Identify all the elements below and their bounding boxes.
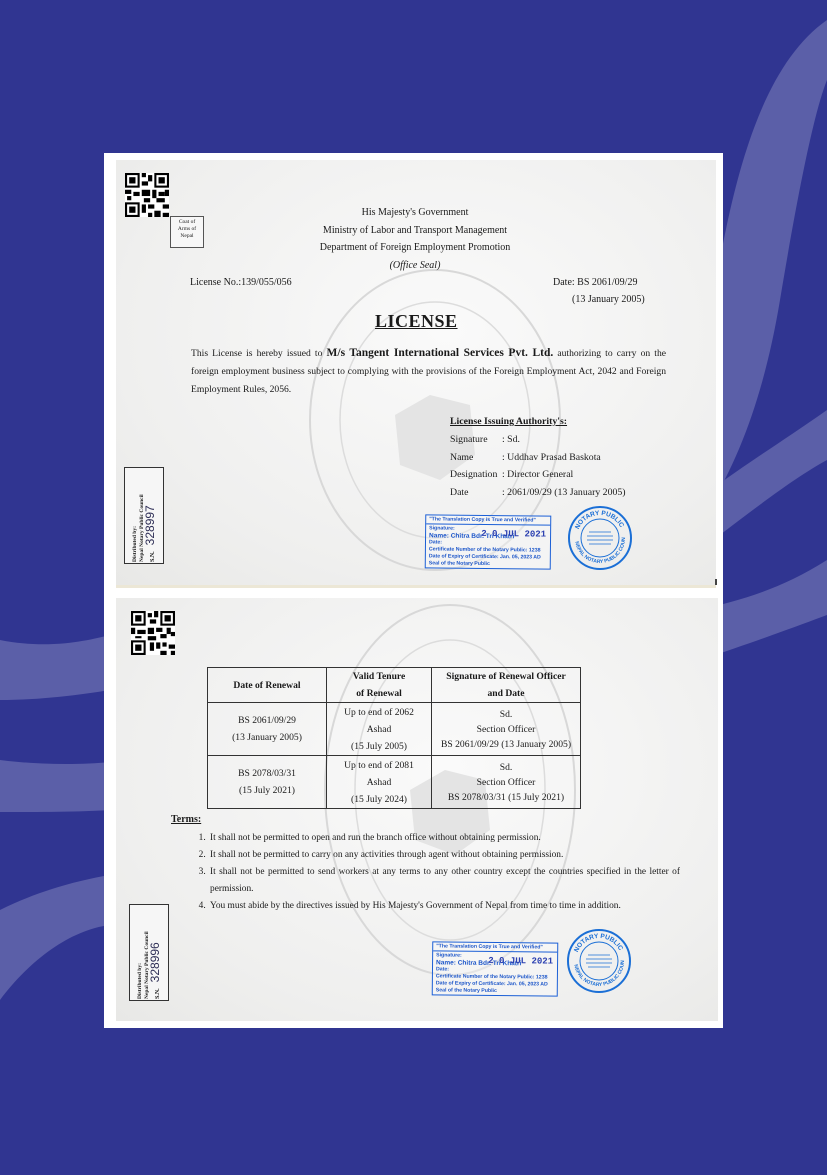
authority-row: Date: 2061/09/29 (13 January 2005): [450, 484, 626, 502]
authority-row: Signature: Sd.: [450, 431, 626, 449]
col-date-of-renewal: Date of Renewal: [208, 668, 327, 703]
distribution-label: Distributed by: Nepal Notary Public Coun…: [129, 904, 169, 1001]
term-item: It shall not be permitted to send worker…: [208, 864, 680, 898]
qr-code-icon: [125, 173, 169, 217]
renewal-table: Date of Renewal Valid Tenure of Renewal …: [207, 667, 581, 809]
terms-heading: Terms:: [171, 814, 201, 825]
serial-number: 328996: [148, 942, 162, 982]
header-department: Department of Foreign Employment Promoti…: [310, 242, 520, 253]
issue-date-ad: (13 January 2005): [572, 294, 645, 305]
notary-seal-icon: NOTARY PUBLIC NEPAL NOTARY PUBLIC COUNCI…: [567, 505, 633, 571]
stamp-date: 2 0 JUL 2021: [488, 958, 553, 966]
issuing-authority: License Issuing Authority's: Signature: …: [450, 416, 626, 501]
notary-verification-stamp: "The Translation Copy is True and Verifi…: [432, 941, 559, 996]
serial-number: 328997: [143, 505, 157, 545]
col-signature: Signature of Renewal Officer and Date: [432, 668, 581, 703]
coat-of-arms-placeholder: Coat of Arms of Nepal: [170, 216, 204, 248]
table-row: BS 2061/09/29 (13 January 2005) Up to en…: [208, 703, 581, 756]
qr-code-icon: [131, 611, 175, 655]
col-valid-tenure: Valid Tenure of Renewal: [327, 668, 432, 703]
authority-row: Designation: Director General: [450, 466, 626, 484]
authority-heading: License Issuing Authority's:: [450, 416, 626, 427]
table-header-row: Date of Renewal Valid Tenure of Renewal …: [208, 668, 581, 703]
terms-list: It shall not be permitted to open and ru…: [196, 830, 680, 915]
issue-date-bs: Date: BS 2061/09/29: [553, 277, 637, 288]
scan-edge-mark: [715, 579, 717, 585]
term-item: It shall not be permitted to carry on an…: [208, 847, 680, 864]
distribution-label: Distributed by: Nepal Notary Public Coun…: [124, 467, 164, 564]
license-title: LICENSE: [375, 311, 458, 332]
term-item: You must abide by the directives issued …: [208, 898, 680, 915]
office-seal-label: (Office Seal): [310, 260, 520, 271]
authority-row: Name: Uddhav Prasad Baskota: [450, 449, 626, 467]
header-government: His Majesty's Government: [310, 207, 520, 218]
stamp-date: 2 0 JUL 2021: [481, 531, 546, 539]
license-body: This License is hereby issued to M/s Tan…: [191, 344, 666, 399]
company-name: M/s Tangent International Services Pvt. …: [327, 347, 554, 359]
table-row: BS 2078/03/31 (15 July 2021) Up to end o…: [208, 756, 581, 809]
notary-verification-stamp: "The Translation Copy is True and Verifi…: [425, 514, 552, 569]
header-ministry: Ministry of Labor and Transport Manageme…: [310, 225, 520, 236]
license-number: License No.:139/055/056: [190, 277, 292, 288]
term-item: It shall not be permitted to open and ru…: [208, 830, 680, 847]
notary-seal-icon: NOTARY PUBLIC NEPAL NOTARY PUBLIC COUNCI…: [566, 928, 632, 994]
